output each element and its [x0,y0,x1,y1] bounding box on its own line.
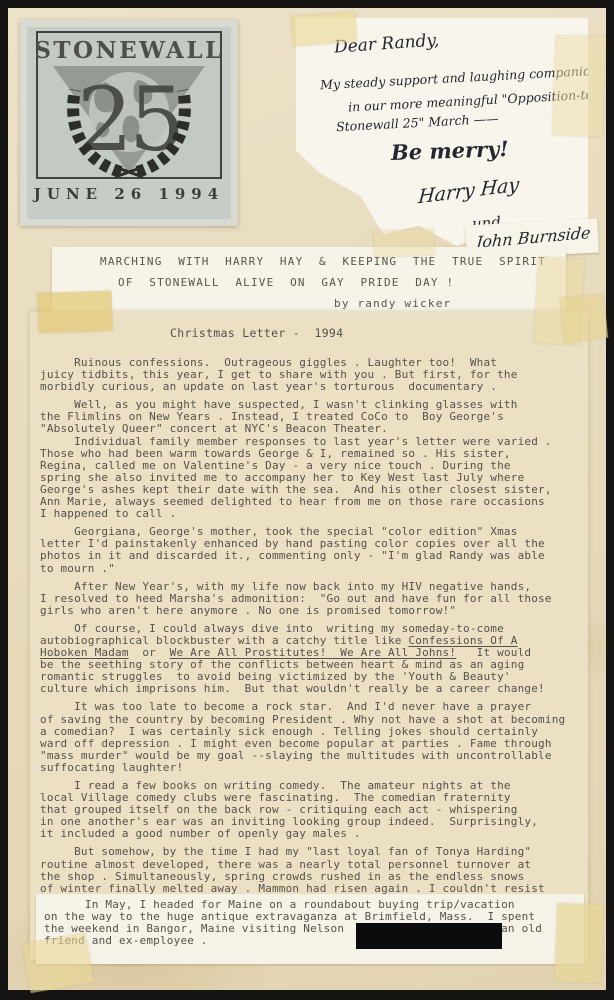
note-closing: Be merry! [391,136,509,165]
harry-hay-signature: Harry Hay [417,174,520,209]
letter-paragraph: Of course, I could always dive into writ… [40,623,582,696]
stonewall-emblem: STONEWALL 25 [35,30,223,180]
headline-line2: OF STONEWALL ALIVE ON GAY PRIDE DAY ! [118,276,454,289]
letter-paragraph: Georgiana, George's mother, took the spe… [40,526,582,574]
closing-paragraph-strip: In May, I headed for Maine on a roundabo… [36,894,584,964]
letter-paragraph: It was too late to become a rock star. A… [40,701,582,774]
redaction-box [356,923,502,949]
tape [291,12,357,46]
letter-title: Christmas Letter - 1994 [170,326,588,340]
letter-paragraph: I read a few books on writing comedy. Th… [40,780,582,840]
headline-byline: by randy wicker [334,297,451,310]
stonewall25-sticker: STONEWALL 25 JUNE 26 1994 [20,20,238,226]
headline-strip: MARCHING WITH HARRY HAY & KEEPING THE TR… [52,247,566,317]
handwritten-note-paper: Dear Randy, My steady support and laughi… [296,18,588,246]
letter-paragraph: Well, as you might have suspected, I was… [40,399,582,520]
scrapbook-page: STONEWALL 25 JUNE 26 1994 Dea [8,8,606,990]
tape [22,933,94,993]
tape [552,35,605,137]
tape [37,291,112,334]
sticker-panel: STONEWALL 25 JUNE 26 1994 [27,27,231,219]
tape [374,229,435,257]
sticker-date: JUNE 26 1994 [34,185,224,203]
tape [555,903,604,983]
tape [560,294,608,342]
note-line: Stonewall 25" March —— [336,111,499,134]
letter-paragraph: Ruinous confessions. Outrageous giggles … [40,357,582,393]
letter-paragraph: After New Year's, with my life now back … [40,581,582,617]
headline-line1: MARCHING WITH HARRY HAY & KEEPING THE TR… [100,255,546,268]
letter-sheet: Christmas Letter - 1994 Ruinous confessi… [30,312,588,960]
sticker-title: STONEWALL [35,37,223,64]
